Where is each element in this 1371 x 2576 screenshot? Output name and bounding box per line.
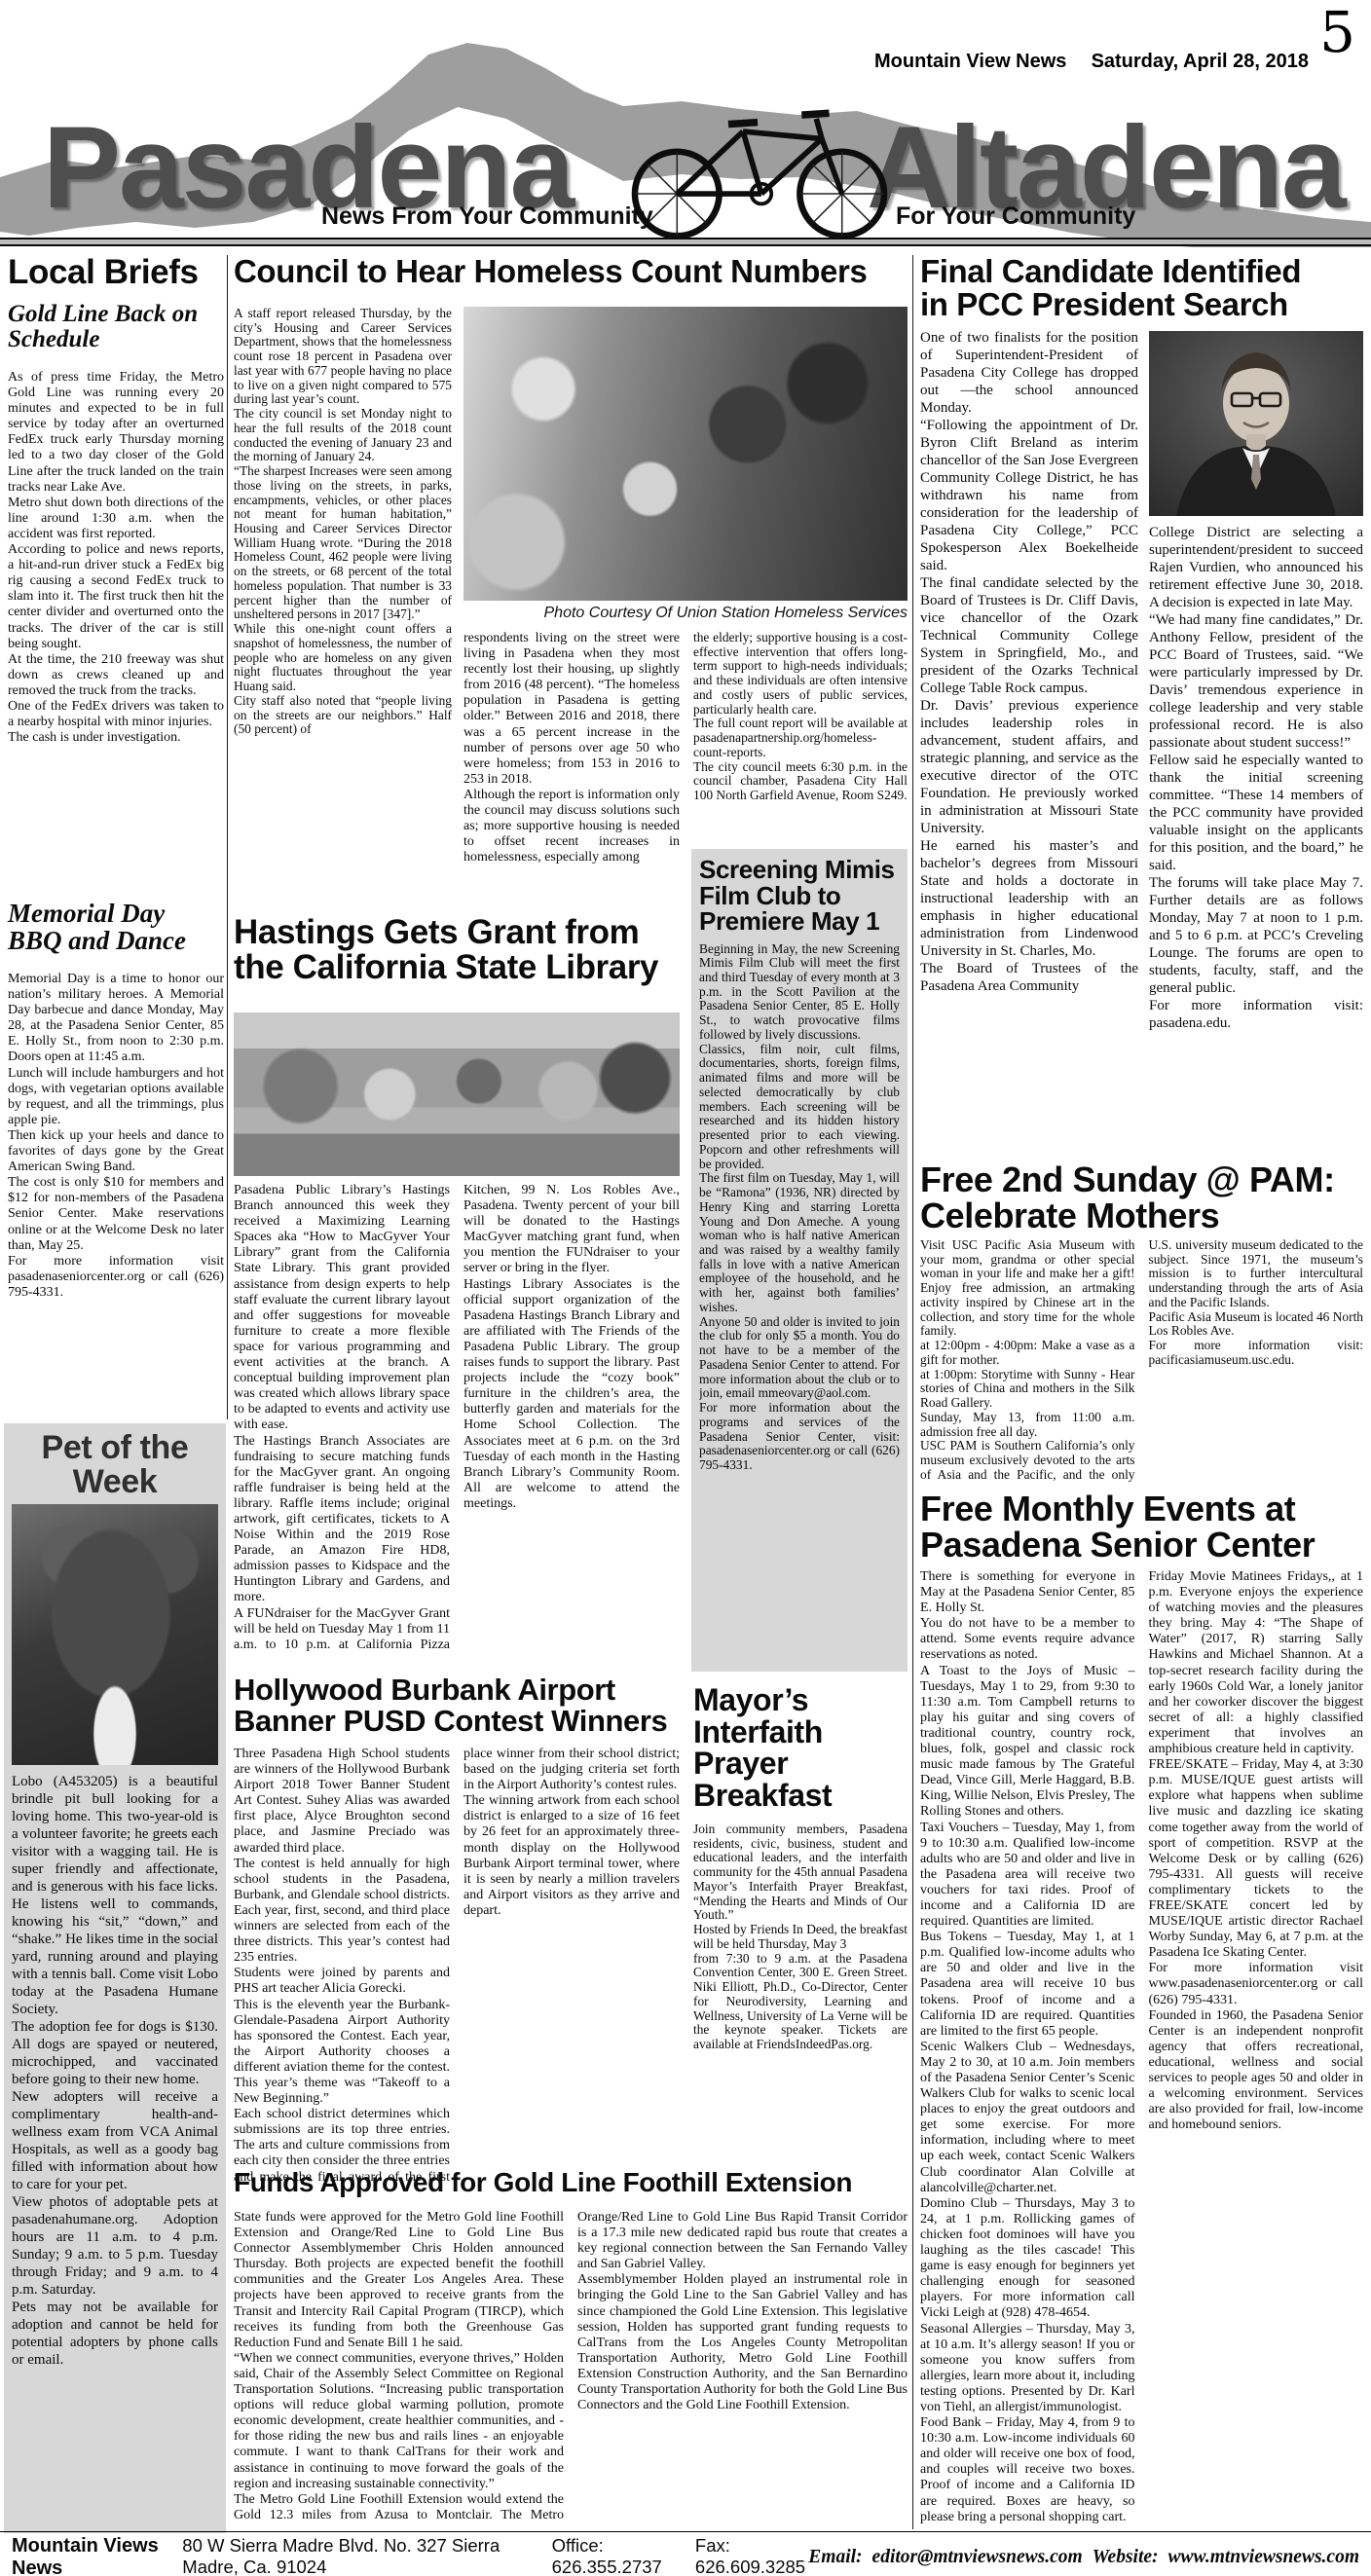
footer: Mountain Views News 80 W Sierra Madre Bl… [0, 2531, 1371, 2576]
homeless-photo [463, 307, 908, 601]
pet-of-week-title: Pet of the Week [12, 1431, 218, 1498]
pet-photo [12, 1504, 218, 1765]
footer-fax: Fax: 626.609.3285 [695, 2535, 808, 2576]
homeless-body-col2: respondents living on the street were li… [463, 631, 680, 911]
burbank-headline: Hollywood Burbank Airport Banner PUSD Co… [234, 1674, 680, 1736]
column-divider-left [227, 255, 228, 1419]
senior-events-body: There is something for everyone in May a… [920, 1569, 1363, 2529]
hastings-photo [234, 1012, 680, 1176]
local-briefs-kicker: Local Briefs [8, 255, 224, 290]
homeless-body-col3: the elderly; supportive housing is a cos… [693, 631, 908, 839]
pcc-body-col1: One of two finalists for the position of… [920, 329, 1138, 1157]
gold-line-title: Gold Line Back on Schedule [8, 302, 224, 353]
homeless-body-col1: A staff report released Thursday, by the… [234, 307, 452, 912]
pcc-body-col2: College District are selecting a superin… [1149, 524, 1363, 1161]
memorial-body: Memorial Day is a time to honor our nati… [8, 972, 224, 1417]
footer-website: www.mtnviewsnews.com [1168, 2547, 1359, 2568]
mayors-body: Join community members, Pasadena residen… [693, 1822, 908, 2165]
bicycle-icon [613, 86, 906, 241]
memorial-title: Memorial Day BBQ and Dance [8, 900, 224, 955]
pam-headline: Free 2nd Sunday @ PAM: Celebrate Mothers [920, 1162, 1363, 1233]
gold-line-body: As of press time Friday, the Metro Gold … [8, 370, 224, 896]
screening-mimis-box: Screening Mimis Film Club to Premiere Ma… [691, 849, 908, 1672]
funds-headline: Funds Approved for Gold Line Foothill Ex… [234, 2169, 908, 2197]
screening-mimis-body: Beginning in May, the new Screening Mimi… [699, 942, 900, 1658]
burbank-body: Three Pasadena High School students are … [234, 1747, 680, 2196]
tagline-left: News From Your Community [321, 202, 653, 231]
pet-of-week-box: Pet of the Week Lobo (A453205) is a beau… [4, 1423, 226, 2533]
footer-address: 80 W Sierra Madre Blvd. No. 327 Sierra M… [182, 2535, 534, 2576]
pcc-candidate-photo [1149, 331, 1363, 516]
pcc-headline: Final Candidate Identified in PCC Presid… [920, 255, 1371, 320]
footer-website-label: Website: [1093, 2547, 1159, 2568]
footer-office-phone: Office: 626.355.2737 [552, 2535, 678, 2576]
footer-paper-name: Mountain Views News [12, 2535, 165, 2576]
screening-mimis-title: Screening Mimis Film Club to Premiere Ma… [699, 857, 900, 935]
column-divider-right [912, 255, 913, 2529]
tagline-right: For Your Community [896, 202, 1135, 231]
hastings-headline: Hastings Gets Grant from the California … [234, 915, 680, 984]
senior-events-headline: Free Monthly Events at Pasadena Senior C… [920, 1491, 1363, 1563]
funds-body: State funds were approved for the Metro … [234, 2210, 908, 2527]
pet-of-week-body: Lobo (A453205) is a beautiful brindle pi… [12, 1773, 218, 2515]
mayors-headline: Mayor’s Interfaith Prayer Breakfast [693, 1684, 908, 1812]
homeless-photo-caption: Photo Courtesy Of Union Station Homeless… [463, 605, 908, 622]
footer-contact: Mountain Views News 80 W Sierra Madre Bl… [12, 2535, 808, 2576]
footer-email-label: Email: [808, 2547, 862, 2568]
footer-links: Email: editor@mtnviewsnews.com Website: … [808, 2547, 1359, 2568]
homeless-headline: Council to Hear Homeless Count Numbers [234, 255, 908, 288]
hastings-body: Pasadena Public Library’s Hastings Branc… [234, 1183, 680, 1665]
masthead-divider [0, 238, 1371, 246]
footer-email: editor@mtnviewsnews.com [872, 2547, 1083, 2568]
pam-body: Visit USC Pacific Asia Museum with your … [920, 1238, 1363, 1488]
newspaper-page: 5 Mountain View News Saturday, April 28,… [0, 0, 1371, 2576]
